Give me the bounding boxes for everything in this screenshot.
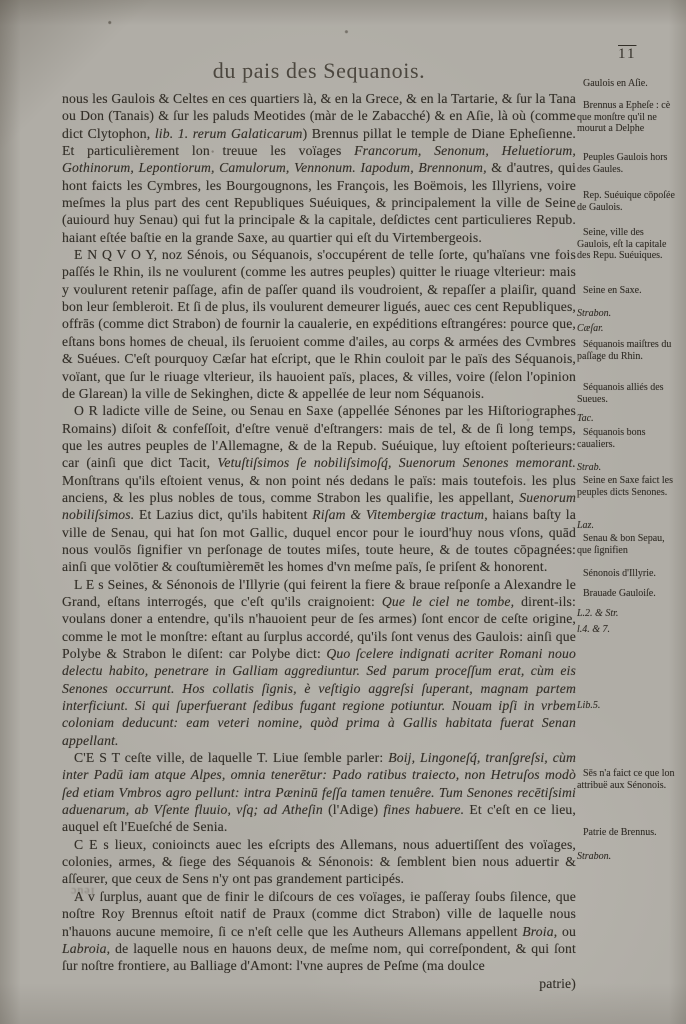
latin-citation: fines habuere. <box>383 802 464 817</box>
margin-note: Peuples Gaulois hors des Gaules. <box>577 152 677 175</box>
margin-note: Gaulois en Aſie. <box>577 78 677 90</box>
margin-note: Sēs n'a faict ce que lon attribuë aux Sé… <box>577 768 677 791</box>
margin-note: Patrie de Brennus. <box>577 827 677 839</box>
body-text: Monſtrans qu'ils eſtoient venus, & non p… <box>62 473 576 505</box>
body-text: Et Lazius dict, qu'ils habitent <box>134 507 312 522</box>
latin-citation: lib. 1. rerum Galaticarum <box>155 126 303 141</box>
margin-notes: Gaulois en Aſie.Brennus a Epheſe : cè qu… <box>577 0 681 1024</box>
margin-note: Rep. Suéuique cōpoſée de Gaulois. <box>577 190 677 213</box>
body-text: E N Q V O Y, noz Sénois, ou Séquanois, s… <box>62 247 576 401</box>
margin-note: Seine, ville des Gaulois, eſt la capital… <box>577 227 677 262</box>
margin-note: Sénonois d'Illyrie. <box>577 568 677 580</box>
main-text: nous les Gaulois & Celtes en ces quartie… <box>62 90 576 992</box>
paragraph: L E s Seines, & Sénonois de l'Illyrie (q… <box>62 576 576 749</box>
bleed-through-text: Ieuc <box>70 884 95 899</box>
margin-note: Seine en Saxe. <box>577 285 677 297</box>
body-text: patrie) <box>539 976 576 991</box>
body-text: C E s lieux, conioincts auec les eſcript… <box>62 837 576 887</box>
margin-note: Strabon. <box>577 308 677 320</box>
margin-note: Seine en Saxe faict les peuples dicts Se… <box>577 475 677 498</box>
latin-citation: Vetuſtiſsimos ſe nobiliſsimoſq́, Suenoru… <box>217 455 576 470</box>
paragraph: E N Q V O Y, noz Sénois, ou Séquanois, s… <box>62 246 576 402</box>
paragraph: patrie) <box>62 975 576 992</box>
running-head: du pais des Sequanois. <box>62 58 576 84</box>
body-text: , ou <box>554 924 576 939</box>
latin-citation: Labroia <box>62 941 107 956</box>
paragraph: O R ladicte ville de Seine, ou Senau en … <box>62 402 576 575</box>
margin-note: Séquanois maiſtres du paſſage du Rhin. <box>577 339 677 362</box>
paragraph: C E s lieux, conioincts auec les eſcript… <box>62 836 576 888</box>
latin-citation: Que le ciel ne tombe, <box>382 594 514 609</box>
margin-note: Senau & bon Sepau, que ſignifien <box>577 533 677 556</box>
margin-note: Brennus a Epheſe : cè que monſtre qu'il … <box>577 100 677 135</box>
margin-note: Brauade Gauloiſe. <box>577 588 677 600</box>
margin-note: L.2. & Str. <box>577 608 677 620</box>
margin-note: Séquanois alliés des Sueues. <box>577 382 677 405</box>
margin-note: Cæſar. <box>577 323 677 335</box>
margin-note: l.4. & 7. <box>577 624 677 636</box>
margin-note: Laz. <box>577 520 677 532</box>
body-text: C'E S T ceſte ville, de laquelle T. Liue… <box>74 750 388 765</box>
paragraph: C'E S T ceſte ville, de laquelle T. Liue… <box>62 749 576 836</box>
body-text: , de laquelle nous en hauons deux, de me… <box>62 941 576 973</box>
latin-citation: Broia <box>522 924 553 939</box>
margin-note: Tac. <box>577 413 677 425</box>
margin-note: Strabon. <box>577 851 677 863</box>
margin-note: Séquanois bons caualiers. <box>577 427 677 450</box>
paragraph: A v ſurplus, auant que de finir le diſco… <box>62 888 576 975</box>
latin-citation: Quo ſcelere indignati acriter Romani nou… <box>62 646 576 748</box>
body-text: A v ſurplus, auant que de finir le diſco… <box>62 889 576 939</box>
margin-note: Strab. <box>577 462 677 474</box>
paragraph: nous les Gaulois & Celtes en ces quartie… <box>62 90 576 246</box>
margin-note: Lib.5. <box>577 700 677 712</box>
body-text: (l'Adige) <box>323 802 384 817</box>
latin-citation: Riſam & Vitembergiæ tractum <box>312 507 484 522</box>
